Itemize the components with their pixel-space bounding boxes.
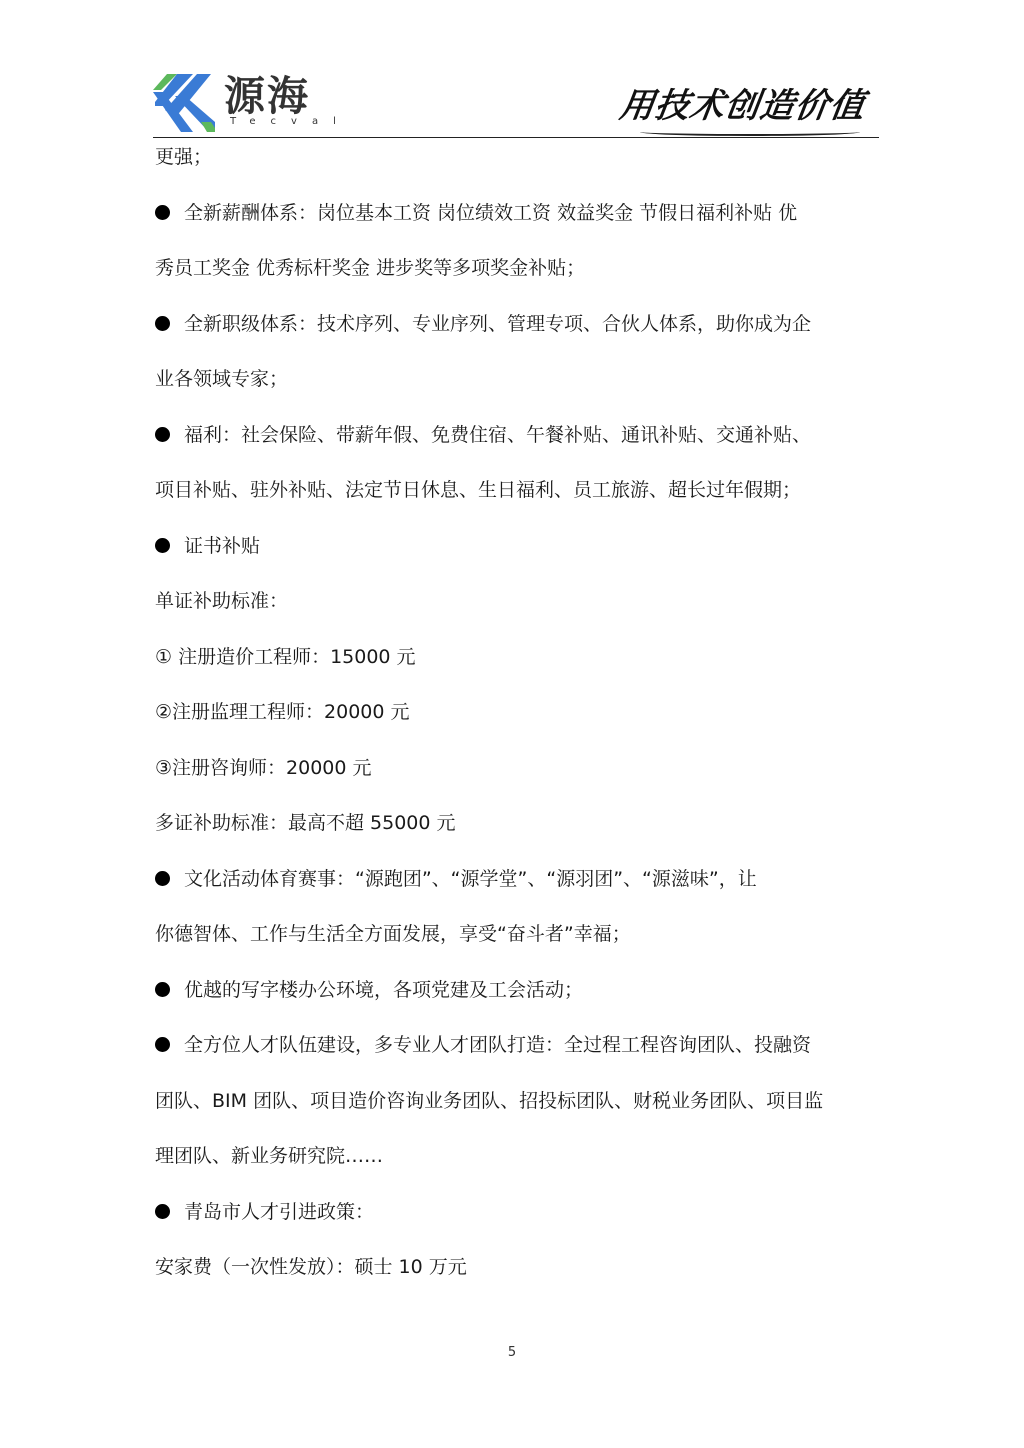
bullet-icon xyxy=(155,1037,170,1052)
line-text: 秀员工奖金 优秀标杆奖金 进步奖等多项奖金补贴； xyxy=(155,257,585,279)
bullet-icon xyxy=(155,427,170,442)
bullet-paragraph-line: 优越的写字楼办公环境，各项党建及工会活动； xyxy=(155,973,583,1007)
line-text: 团队、BIM 团队、项目造价咨询业务团队、招投标团队、财税业务团队、项目监 xyxy=(155,1090,823,1112)
bullet-paragraph-line: 全方位人才队伍建设，多专业人才团队打造：全过程工程咨询团队、投融资 xyxy=(155,1028,811,1062)
bullet-paragraph-line: 全新职级体系：技术序列、专业序列、管理专项、合伙人体系，助你成为企 xyxy=(155,307,811,341)
line-text: ②注册监理工程师：20000 元 xyxy=(155,701,410,723)
paragraph-line: 单证补助标准： xyxy=(155,584,288,618)
tecval-logo-icon xyxy=(153,74,215,132)
line-text: ① 注册造价工程师：15000 元 xyxy=(155,646,416,668)
line-text: 文化活动体育赛事：“源跑团”、“源学堂”、“源羽团”、“源滋味”，让 xyxy=(184,868,757,890)
line-text: 你德智体、工作与生活全方面发展，享受“奋斗者”幸福； xyxy=(155,923,631,945)
paragraph-line: ②注册监理工程师：20000 元 xyxy=(155,695,410,729)
paragraph-line: 你德智体、工作与生活全方面发展，享受“奋斗者”幸福； xyxy=(155,917,631,951)
header-divider xyxy=(153,137,879,138)
line-text: 业各领域专家； xyxy=(155,368,288,390)
line-text: 优越的写字楼办公环境，各项党建及工会活动； xyxy=(184,979,583,1001)
line-text: 全新职级体系：技术序列、专业序列、管理专项、合伙人体系，助你成为企 xyxy=(184,313,811,335)
bullet-icon xyxy=(155,982,170,997)
bullet-paragraph-line: 福利：社会保险、带薪年假、免费住宿、午餐补贴、通讯补贴、交通补贴、 xyxy=(155,418,811,452)
paragraph-line: ① 注册造价工程师：15000 元 xyxy=(155,640,416,674)
paragraph-line: 团队、BIM 团队、项目造价咨询业务团队、招投标团队、财税业务团队、项目监 xyxy=(155,1084,823,1118)
line-text: 多证补助标准：最高不超 55000 元 xyxy=(155,812,456,834)
bullet-icon xyxy=(155,538,170,553)
line-text: 项目补贴、驻外补贴、法定节日休息、生日福利、员工旅游、超长过年假期； xyxy=(155,479,801,501)
line-text: 理团队、新业务研究院…… xyxy=(155,1145,383,1167)
page-header: 源海 Tecval 用技术创造价值 xyxy=(0,0,1024,140)
page-number: 5 xyxy=(0,1345,1024,1360)
paragraph-line: ③注册咨询师：20000 元 xyxy=(155,751,372,785)
line-text: ③注册咨询师：20000 元 xyxy=(155,757,372,779)
paragraph-line: 更强； xyxy=(155,140,212,174)
line-text: 青岛市人才引进政策： xyxy=(184,1201,374,1223)
brand-name-cn: 源海 xyxy=(224,74,310,118)
paragraph-line: 业各领域专家； xyxy=(155,362,288,396)
line-text: 单证补助标准： xyxy=(155,590,288,612)
paragraph-line: 项目补贴、驻外补贴、法定节日休息、生日福利、员工旅游、超长过年假期； xyxy=(155,473,801,507)
bullet-icon xyxy=(155,205,170,220)
line-text: 全方位人才队伍建设，多专业人才团队打造：全过程工程咨询团队、投融资 xyxy=(184,1034,811,1056)
bullet-icon xyxy=(155,1204,170,1219)
paragraph-line: 多证补助标准：最高不超 55000 元 xyxy=(155,806,456,840)
slogan-underline xyxy=(640,128,860,136)
bullet-paragraph-line: 文化活动体育赛事：“源跑团”、“源学堂”、“源羽团”、“源滋味”，让 xyxy=(155,862,757,896)
paragraph-line: 安家费（一次性发放）：硕士 10 万元 xyxy=(155,1250,467,1284)
bullet-paragraph-line: 青岛市人才引进政策： xyxy=(155,1195,374,1229)
slogan: 用技术创造价值 xyxy=(617,86,868,126)
line-text: 福利：社会保险、带薪年假、免费住宿、午餐补贴、通讯补贴、交通补贴、 xyxy=(184,424,811,446)
brand-name-en: Tecval xyxy=(230,116,351,128)
bullet-paragraph-line: 证书补贴 xyxy=(155,529,260,563)
line-text: 全新薪酬体系：岗位基本工资 岗位绩效工资 效益奖金 节假日福利补贴 优 xyxy=(184,202,797,224)
bullet-icon xyxy=(155,316,170,331)
paragraph-line: 秀员工奖金 优秀标杆奖金 进步奖等多项奖金补贴； xyxy=(155,251,585,285)
line-text: 证书补贴 xyxy=(184,535,260,557)
paragraph-line: 理团队、新业务研究院…… xyxy=(155,1139,383,1173)
line-text: 安家费（一次性发放）：硕士 10 万元 xyxy=(155,1256,467,1278)
bullet-icon xyxy=(155,871,170,886)
bullet-paragraph-line: 全新薪酬体系：岗位基本工资 岗位绩效工资 效益奖金 节假日福利补贴 优 xyxy=(155,196,797,230)
line-text: 更强； xyxy=(155,146,212,168)
